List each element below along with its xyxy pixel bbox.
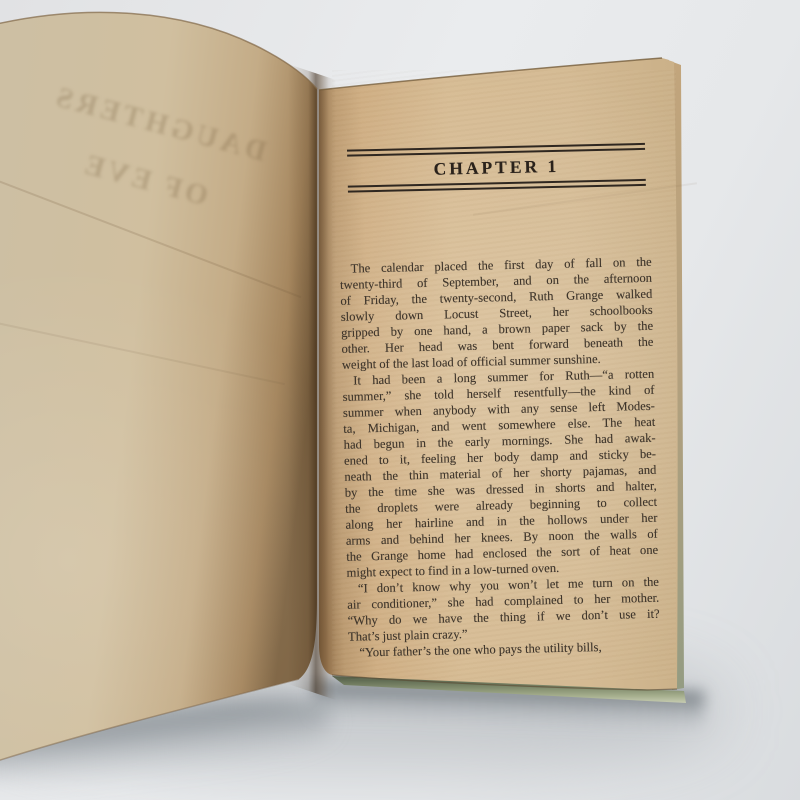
- book-gutter: [288, 64, 336, 700]
- body-text: The calendar placed the first day of fal…: [340, 254, 661, 661]
- chapter-heading-block: CHAPTER 1: [347, 143, 646, 193]
- photo-backdrop: DAUGHTERS OF EVE CHAPTER 1 The calendar …: [0, 0, 800, 800]
- page-content: CHAPTER 1 The calendar placed the first …: [332, 143, 662, 661]
